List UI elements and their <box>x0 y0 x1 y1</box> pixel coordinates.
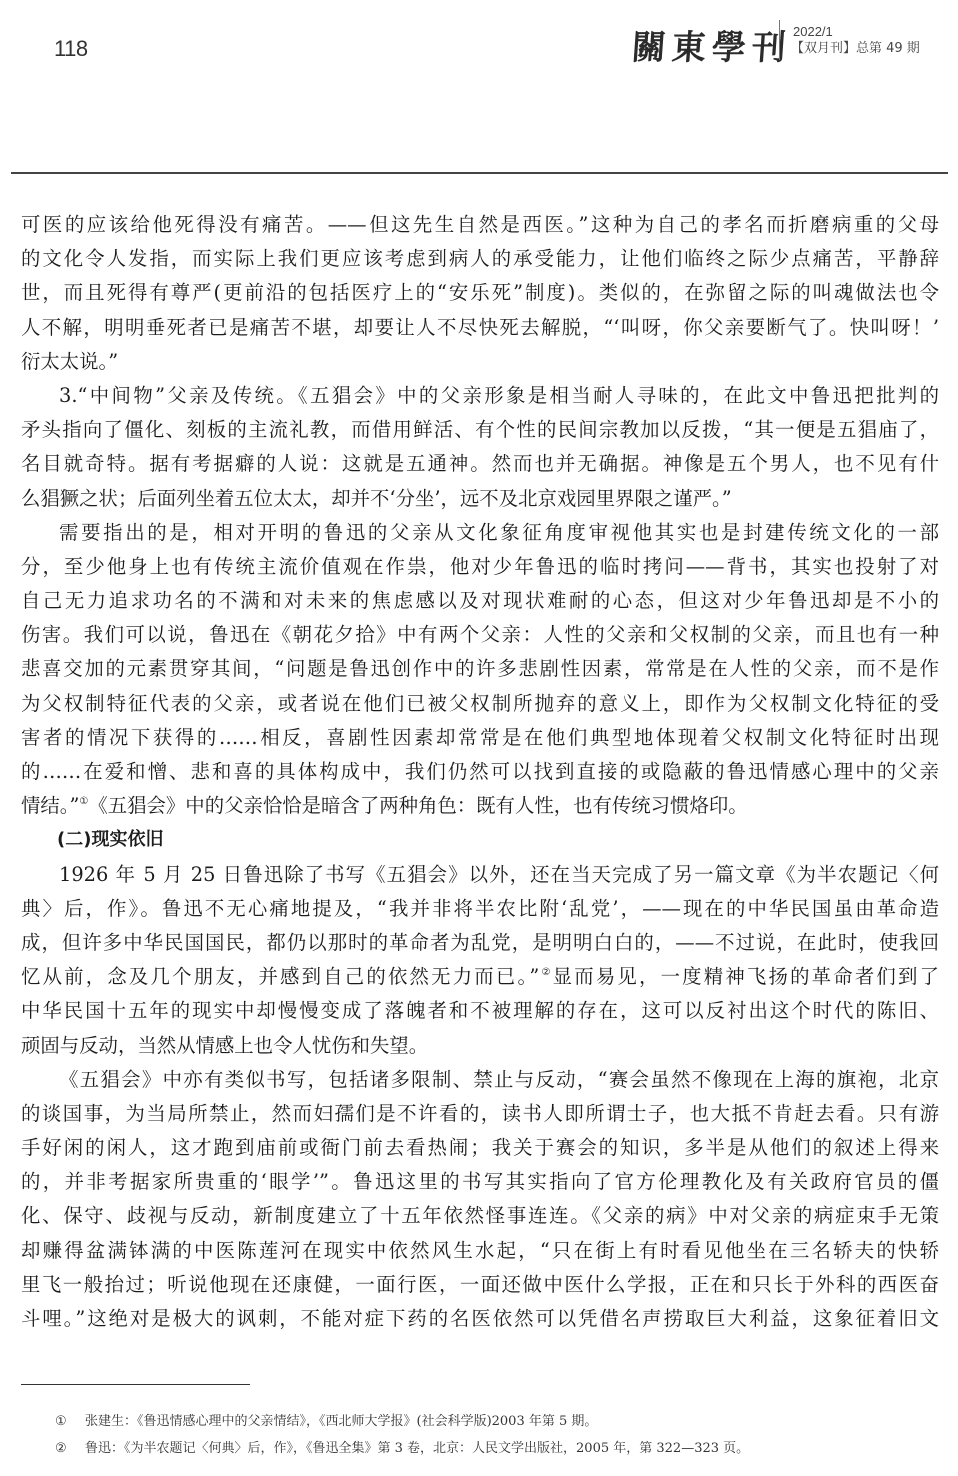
journal-logo: 關東學刊 <box>630 20 793 69</box>
text-line: 伤害。我们可以说，鲁迅在《朝花夕拾》中有两个父亲：人性的父亲和父权制的父亲，而且… <box>21 618 939 652</box>
issue-info: 【双月刊】总第 49 期 <box>791 41 920 57</box>
text-line: 的，并非考据家所贵重的‘眼学’”。鲁迅这里的书写其实指向了官方伦理教化及有关政府… <box>21 1165 939 1199</box>
text-line: 手好闲的闲人，这才跑到庙前或衙门前去看热闹；我关于赛会的知识，多半是从他们的叙述… <box>21 1131 939 1165</box>
footnote-ref-1[interactable]: ① <box>79 796 88 807</box>
text-line: 却赚得盆满钵满的中医陈莲河在现实中依然风生水起，“只在街上有时看见他坐在三名轿夫… <box>21 1234 939 1268</box>
footnote-2: ②鲁迅：《为半农题记〈何典〉后，作》，《鲁迅全集》第 3 卷，北京：人民文学出版… <box>55 1435 935 1462</box>
text-line: 忆从前，念及几个朋友，并感到自己的依然无力而已。”②显而易见，一度精神飞扬的革命… <box>21 960 939 994</box>
issue-date: 2022/1 <box>793 25 833 39</box>
footnote-marker: ② <box>55 1435 85 1462</box>
text-line: 名目就奇特。据有考据癖的人说：这就是五通神。然而也并无确据。神像是五个男人，也不… <box>21 447 939 481</box>
text-line: 的……在爱和憎、悲和喜的具体构成中，我们仍然可以找到直接的或隐蔽的鲁迅情感心理中… <box>21 755 939 789</box>
text-line: 人不解，明明垂死者已是痛苦不堪，却要让人不尽快死去解脱，“‘叫呀，你父亲要断气了… <box>21 311 939 345</box>
text-line: 里飞一般抬过；听说他现在还康健，一面行医，一面还做中医什么学报，正在和只长于外科… <box>21 1268 939 1302</box>
footnote-1: ①张建生：《鲁迅情感心理中的父亲情结》，《西北师大学报》(社会科学版)2003 … <box>55 1408 935 1435</box>
text-line: 典〉后，作》。鲁迅不无心痛地提及，“我并非将半农比附‘乱党’，——现在的中华民国… <box>21 892 939 926</box>
text-line: 的谈国事，为当局所禁止，然而妇孺们是不许看的，读书人即所谓士子，也大抵不肯赶去看… <box>21 1097 939 1131</box>
article-body: 可医的应该给他死得没有痛苦。——但这先生自然是西医。”这种为自己的孝名而折磨病重… <box>21 208 939 1336</box>
text-line: 的文化令人发指，而实际上我们更应该考虑到病人的承受能力，让他们临终之际少点痛苦，… <box>21 242 939 276</box>
section-heading: (二)现实依旧 <box>21 823 939 857</box>
footnote-marker: ① <box>55 1408 85 1435</box>
text-line: 成，但许多中华民国国民，都仍以那时的革命者为乱党，是明明白白的，——不过说，在此… <box>21 926 939 960</box>
header-rule <box>11 172 948 174</box>
text-segment: 情结。” <box>21 794 79 817</box>
footnotes: ①张建生：《鲁迅情感心理中的父亲情结》，《西北师大学报》(社会科学版)2003 … <box>55 1408 935 1462</box>
text-line: 情结。”①《五猖会》中的父亲恰恰是暗含了两种角色：既有人性，也有传统习惯烙印。 <box>21 789 939 823</box>
text-line: 斗哩。”这绝对是极大的讽刺，不能对症下药的名医依然可以凭借名声捞取巨大利益，这象… <box>21 1302 939 1336</box>
text-line: 悲喜交加的元素贯穿其间，“问题是鲁迅创作中的许多悲剧性因素，常常是在人性的父亲，… <box>21 652 939 686</box>
text-segment: 《五猖会》中的父亲恰恰是暗含了两种角色：既有人性，也有传统习惯烙印。 <box>88 794 747 817</box>
paragraph-start-line: 《五猖会》中亦有类似书写，包括诸多限制、禁止与反动，“赛会虽然不像现在上海的旗袍… <box>21 1063 939 1097</box>
text-line: 衍太太说。” <box>21 345 939 379</box>
footnote-text: 张建生：《鲁迅情感心理中的父亲情结》，《西北师大学报》(社会科学版)2003 年… <box>85 1414 597 1429</box>
text-line: 世，而且死得有尊严(更前沿的包括医疗上的“安乐死”制度)。类似的，在弥留之际的叫… <box>21 276 939 310</box>
text-line: 为父权制特征代表的父亲，或者说在他们已被父权制所抛弃的意义上，即作为父权制文化特… <box>21 687 939 721</box>
text-segment: 显而易见，一度精神飞扬的革命者们到了 <box>553 965 939 988</box>
text-line: 可医的应该给他死得没有痛苦。——但这先生自然是西医。”这种为自己的孝名而折磨病重… <box>21 208 939 242</box>
text-line: 么猖獗之状；后面列坐着五位太太，却并不‘分坐’，远不及北京戏园里界限之谨严。” <box>21 482 939 516</box>
text-line: 化、保守、歧视与反动，新制度建立了十五年依然怪事连连。《父亲的病》中对父亲的病症… <box>21 1199 939 1233</box>
header-divider <box>779 20 780 60</box>
text-segment: 忆从前，念及几个朋友，并感到自己的依然无力而已。” <box>21 965 539 988</box>
footnote-rule <box>21 1384 250 1385</box>
paragraph-start-line: 3.“中间物”父亲及传统。《五猖会》中的父亲形象是相当耐人寻味的，在此文中鲁迅把… <box>21 379 939 413</box>
text-line: 矛头指向了僵化、刻板的主流礼教，而借用鲜活、有个性的民间宗教加以反拨，“其一便是… <box>21 413 939 447</box>
paragraph-start-line: 需要指出的是，相对开明的鲁迅的父亲从文化象征角度审视他其实也是封建传统文化的一部 <box>21 516 939 550</box>
footnote-ref-2[interactable]: ② <box>539 967 552 978</box>
page-number: 118 <box>54 36 88 62</box>
footnote-text: 鲁迅：《为半农题记〈何典〉后，作》，《鲁迅全集》第 3 卷，北京：人民文学出版社… <box>85 1441 749 1456</box>
text-line: 顽固与反动，当然从情感上也令人忧伤和失望。 <box>21 1029 939 1063</box>
paragraph-start-line: 1926 年 5 月 25 日鲁迅除了书写《五猖会》以外，还在当天完成了另一篇文… <box>21 858 939 892</box>
text-line: 中华民国十五年的现实中却慢慢变成了落魄者和不被理解的存在，这可以反衬出这个时代的… <box>21 994 939 1028</box>
text-line: 害者的情况下获得的……相反，喜剧性因素却常常是在他们典型地体现着父权制文化特征时… <box>21 721 939 755</box>
text-line: 自己无力追求功名的不满和对未来的焦虑感以及对现状难耐的心态，但这对少年鲁迅却是不… <box>21 584 939 618</box>
text-line: 分，至少他身上也有传统主流价值观在作祟，他对少年鲁迅的临时拷问——背书，其实也投… <box>21 550 939 584</box>
